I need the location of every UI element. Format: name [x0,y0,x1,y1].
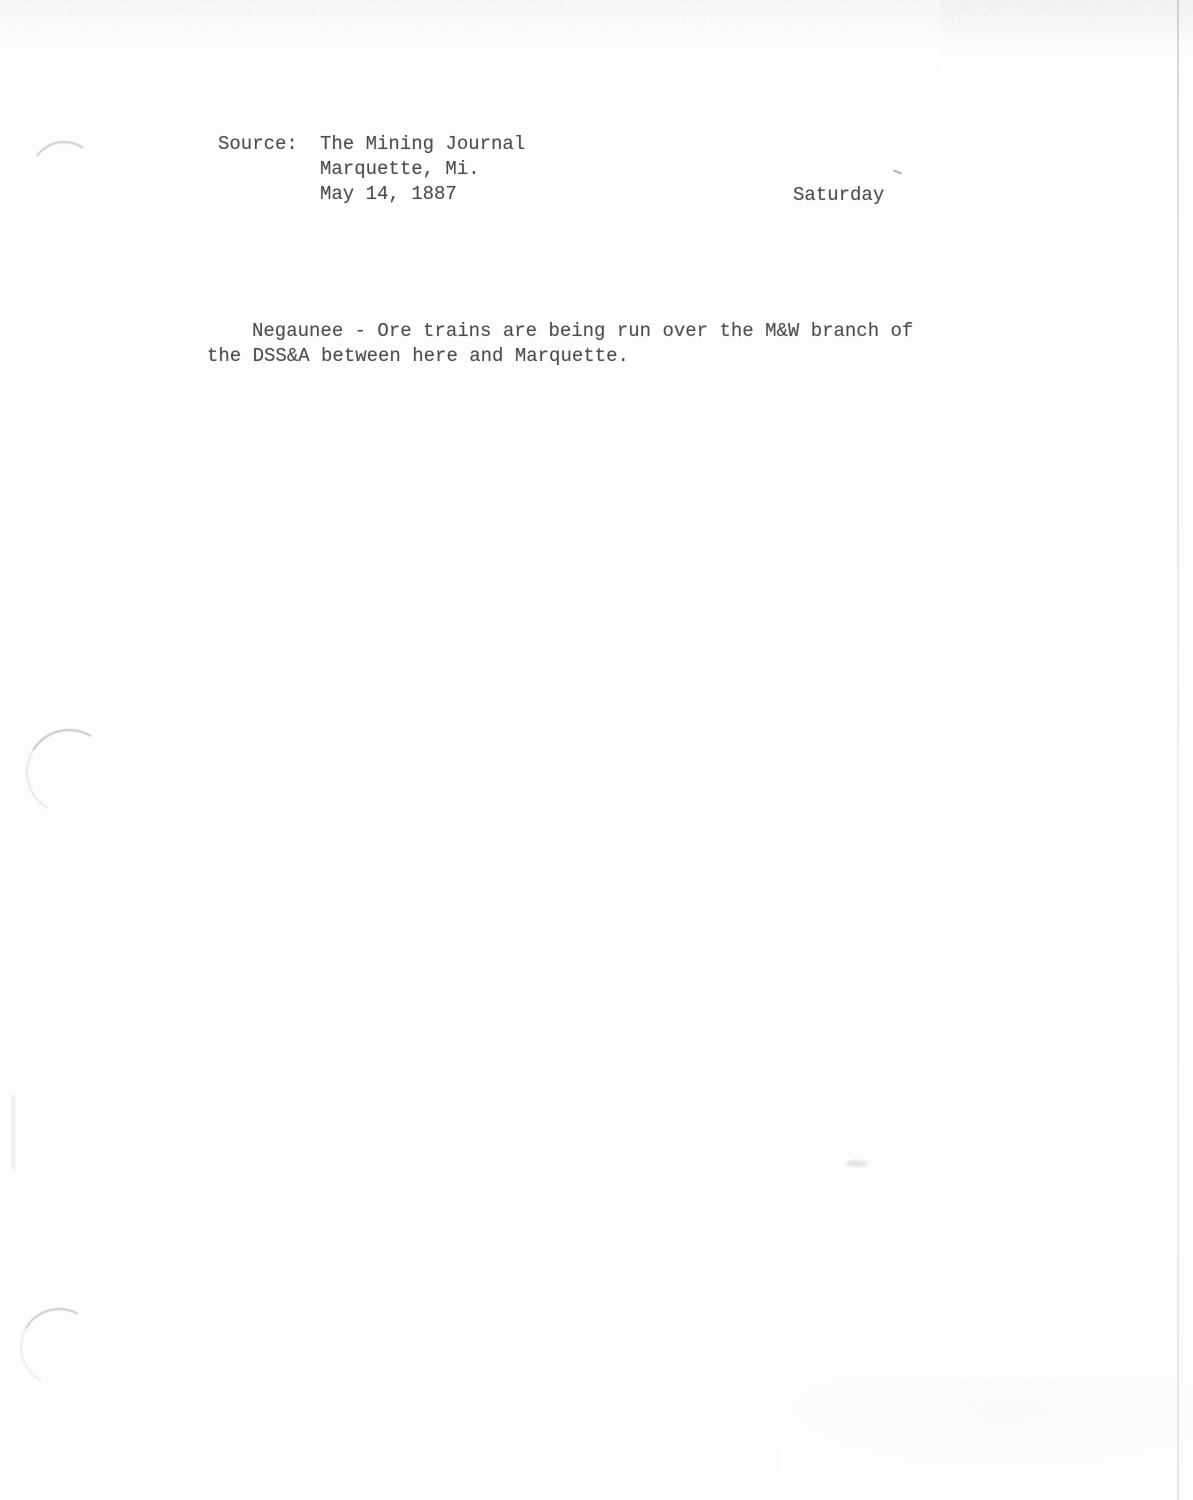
source-weekday: Saturday [793,183,884,208]
ink-speck [893,169,902,174]
source-publication: The Mining Journal [320,132,525,157]
source-location: Marquette, Mi. [320,157,480,182]
article-text-line-1: Negaunee - Ore trains are being run over… [252,319,913,344]
source-label: Source: [218,132,298,157]
faint-smudge [846,1160,868,1167]
scan-grain-overlay [0,0,1193,1500]
hole-punch-arc-middle [17,720,121,824]
scan-noise-top [0,0,1193,55]
scan-noise-top-right [940,0,1193,72]
article-text-line-2: the DSS&A between here and Marquette. [207,344,629,369]
source-date: May 14, 1887 [320,182,457,207]
hole-punch-arc-top [25,136,104,215]
scan-smudge-left-edge [12,1095,15,1170]
hole-punch-arc-bottom [11,1299,107,1395]
scan-edge-line-right [1177,0,1179,1500]
scan-noise-bottom-right [780,1378,1193,1470]
scanned-document-page: Source: The Mining Journal Marquette, Mi… [0,0,1193,1500]
